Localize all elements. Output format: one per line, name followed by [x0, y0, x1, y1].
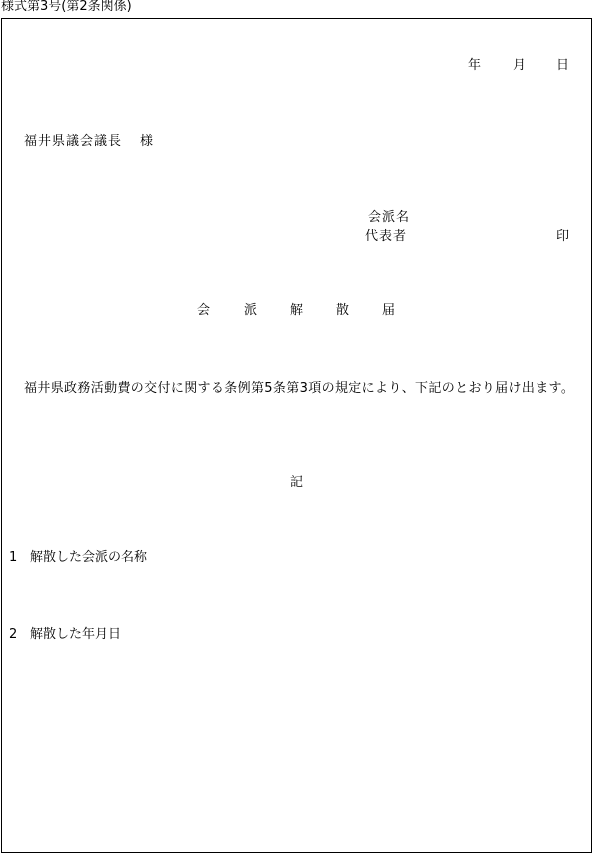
representative-label: 代表者	[365, 230, 407, 243]
list-item: 2解散した年月日	[9, 628, 121, 641]
body-text: 福井県政務活動費の交付に関する条例第5条第3項の規定により、下記のとおり届け出ま…	[24, 381, 574, 396]
title-char: 派	[244, 304, 257, 317]
addressee-name: 福井県議会議長	[24, 135, 122, 148]
item-number: 1	[9, 551, 30, 564]
document-title: 会 派 解 散 届	[0, 304, 593, 320]
list-item: 1解散した会派の名称	[9, 551, 147, 564]
item-number: 2	[9, 628, 30, 641]
ki-mark: 記	[290, 476, 303, 489]
seal-mark: 印	[556, 230, 569, 243]
title-char: 会	[197, 304, 210, 317]
title-char: 散	[336, 304, 349, 317]
date-month-label: 月	[513, 59, 526, 72]
addressee-honorific: 様	[140, 135, 153, 148]
body-paragraph: 福井県政務活動費の交付に関する条例第5条第3項の規定により、下記のとおり届け出ま…	[9, 379, 589, 399]
faction-name-label: 会派名	[368, 211, 410, 224]
item-label: 解散した年月日	[30, 627, 121, 642]
item-label: 解散した会派の名称	[30, 550, 147, 565]
date-day-label: 日	[556, 59, 569, 72]
date-year-label: 年	[468, 59, 481, 72]
form-number-label: 様式第3号(第2条関係)	[1, 0, 132, 13]
title-char: 届	[382, 304, 395, 317]
title-char: 解	[290, 304, 303, 317]
